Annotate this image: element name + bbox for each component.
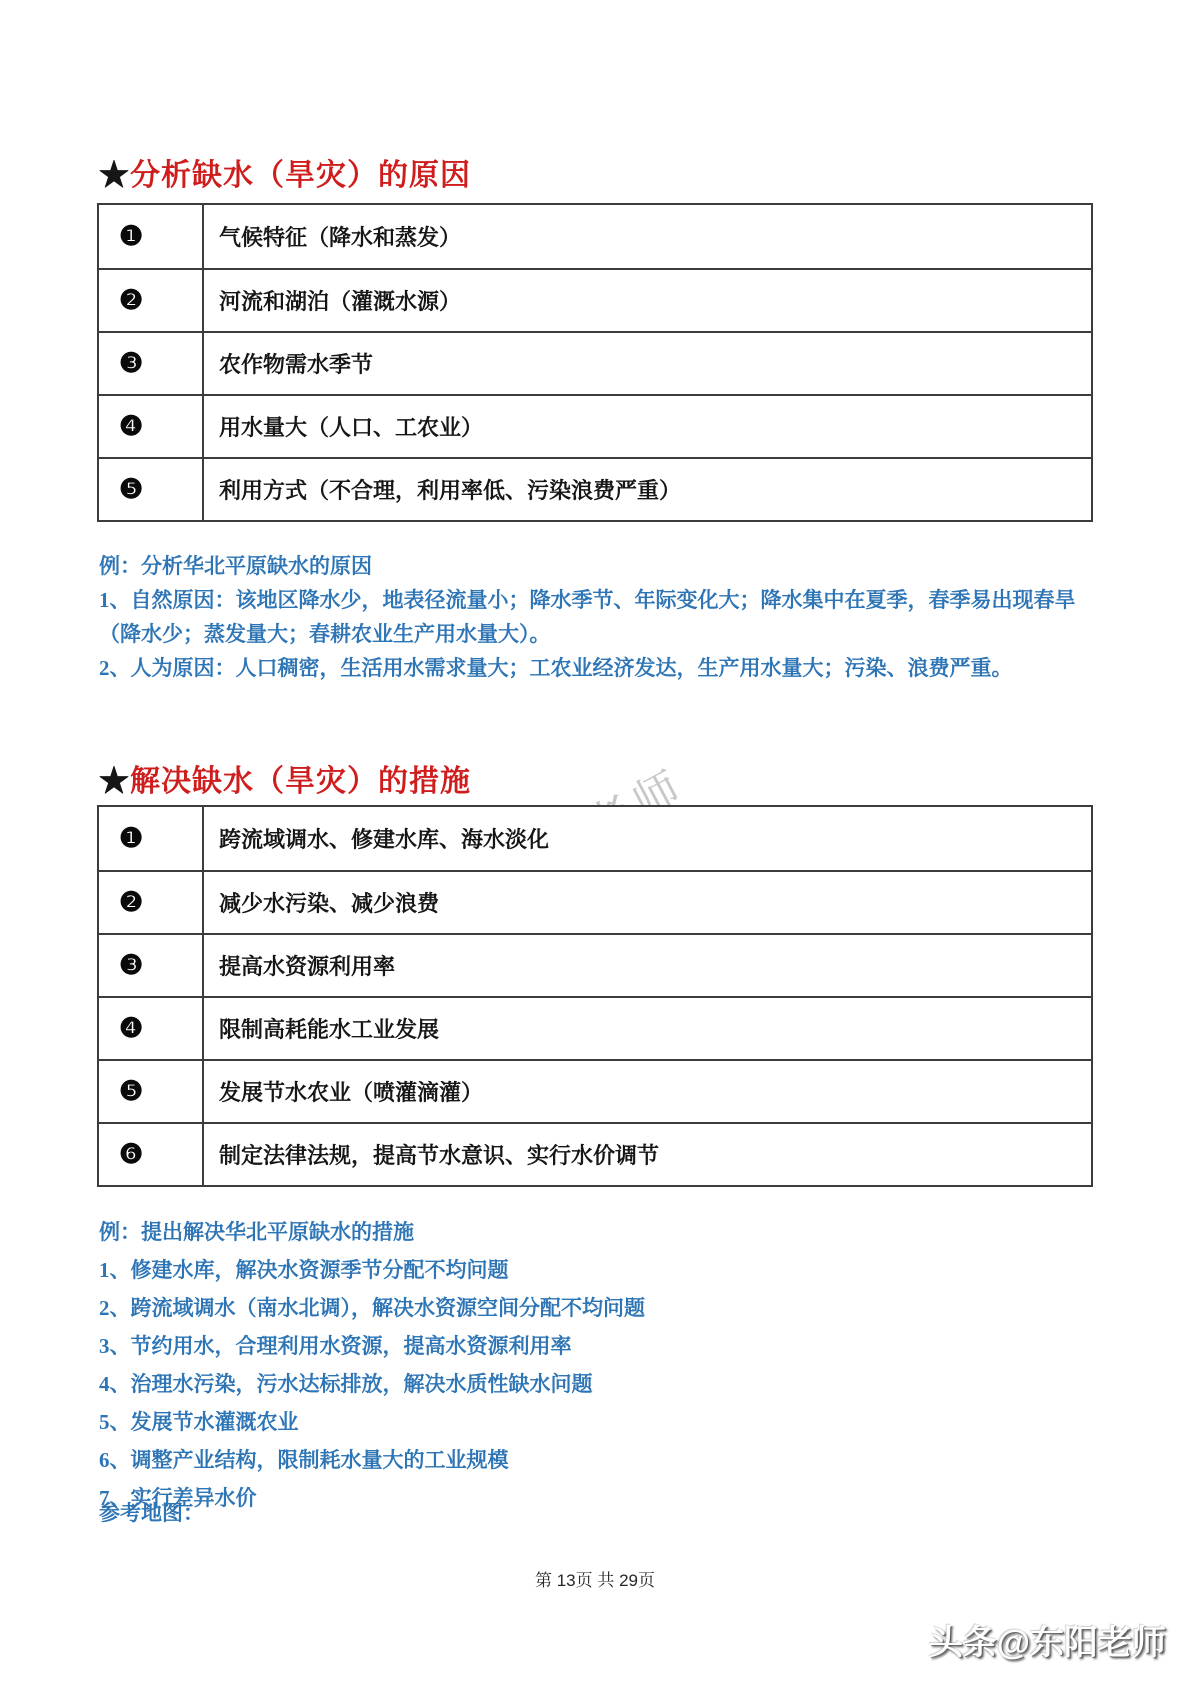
- row-number: ❹: [99, 998, 204, 1059]
- measures-table: ❶ 跨流域调水、修建水库、海水淡化 ❷ 减少水污染、减少浪费 ❸ 提高水资源利用…: [97, 805, 1093, 1187]
- row-number: ❻: [99, 1124, 204, 1185]
- document-page: 东阳老师 ★分析缺水（旱灾）的原因 ❶ 气候特征（降水和蒸发） ❷ 河流和湖泊（…: [0, 0, 1190, 1683]
- row-number: ❶: [99, 807, 204, 870]
- example-line: 例：提出解决华北平原缺水的措施: [99, 1213, 645, 1251]
- row-number: ❶: [99, 205, 204, 268]
- row-text: 提高水资源利用率: [204, 935, 1091, 996]
- row-text: 气候特征（降水和蒸发）: [204, 205, 1091, 268]
- table-row: ❹ 用水量大（人口、工农业）: [99, 394, 1091, 457]
- row-text: 利用方式（不合理，利用率低、污染浪费严重）: [204, 459, 1091, 520]
- row-number: ❸: [99, 333, 204, 394]
- example-block-measures: 例：提出解决华北平原缺水的措施 1、修建水库，解决水资源季节分配不均问题 2、跨…: [99, 1213, 645, 1517]
- table-row: ❷ 河流和湖泊（灌溉水源）: [99, 268, 1091, 331]
- example-line: 2、人为原因：人口稠密，生活用水需求量大；工农业经济发达，生产用水量大；污染、浪…: [99, 651, 1076, 685]
- example-line: （降水少；蒸发量大；春耕农业生产用水量大）。: [99, 617, 1076, 651]
- page-number-footer: 第 13页 共 29页: [0, 1566, 1190, 1591]
- table-row: ❸ 农作物需水季节: [99, 331, 1091, 394]
- example-line: 2、跨流域调水（南水北调），解决水资源空间分配不均问题: [99, 1289, 645, 1327]
- table-row: ❻ 制定法律法规，提高节水意识、实行水价调节: [99, 1122, 1091, 1185]
- row-number: ❺: [99, 459, 204, 520]
- example-line: 5、发展节水灌溉农业: [99, 1403, 645, 1441]
- row-number: ❷: [99, 872, 204, 933]
- row-text: 农作物需水季节: [204, 333, 1091, 394]
- row-text: 减少水污染、减少浪费: [204, 872, 1091, 933]
- table-row: ❺ 利用方式（不合理，利用率低、污染浪费严重）: [99, 457, 1091, 520]
- example-line: 1、自然原因：该地区降水少，地表径流量小；降水季节、年际变化大；降水集中在夏季，…: [99, 583, 1076, 617]
- row-number: ❹: [99, 396, 204, 457]
- table-row: ❶ 跨流域调水、修建水库、海水淡化: [99, 807, 1091, 870]
- example-line: 例：分析华北平原缺水的原因: [99, 549, 1076, 583]
- section2-heading-text: 解决缺水（旱灾）的措施: [130, 765, 471, 798]
- table-row: ❺ 发展节水农业（喷灌滴灌）: [99, 1059, 1091, 1122]
- reference-map-label: 参考地图：: [99, 1497, 204, 1527]
- row-number: ❷: [99, 270, 204, 331]
- example-line: 3、节约用水，合理利用水资源，提高水资源利用率: [99, 1327, 645, 1365]
- table-row: ❶ 气候特征（降水和蒸发）: [99, 205, 1091, 268]
- example-line: 6、调整产业结构，限制耗水量大的工业规模: [99, 1441, 645, 1479]
- table-row: ❹ 限制高耗能水工业发展: [99, 996, 1091, 1059]
- row-text: 河流和湖泊（灌溉水源）: [204, 270, 1091, 331]
- row-text: 限制高耗能水工业发展: [204, 998, 1091, 1059]
- section2-heading: ★解决缺水（旱灾）的措施: [99, 756, 471, 800]
- row-text: 跨流域调水、修建水库、海水淡化: [204, 807, 1091, 870]
- row-number: ❺: [99, 1061, 204, 1122]
- section1-heading-text: 分析缺水（旱灾）的原因: [130, 159, 471, 192]
- row-text: 用水量大（人口、工农业）: [204, 396, 1091, 457]
- row-number: ❸: [99, 935, 204, 996]
- example-line: 1、修建水库，解决水资源季节分配不均问题: [99, 1251, 645, 1289]
- causes-table: ❶ 气候特征（降水和蒸发） ❷ 河流和湖泊（灌溉水源） ❸ 农作物需水季节 ❹ …: [97, 203, 1093, 522]
- table-row: ❷ 减少水污染、减少浪费: [99, 870, 1091, 933]
- section1-heading: ★分析缺水（旱灾）的原因: [99, 150, 471, 194]
- example-block-causes: 例：分析华北平原缺水的原因 1、自然原因：该地区降水少，地表径流量小；降水季节、…: [99, 549, 1076, 685]
- star-icon: ★: [99, 159, 130, 192]
- row-text: 制定法律法规，提高节水意识、实行水价调节: [204, 1124, 1091, 1185]
- example-line: 4、治理水污染，污水达标排放，解决水质性缺水问题: [99, 1365, 645, 1403]
- row-text: 发展节水农业（喷灌滴灌）: [204, 1061, 1091, 1122]
- star-icon: ★: [99, 765, 130, 798]
- corner-watermark: 头条@东阳老师: [929, 1615, 1166, 1664]
- table-row: ❸ 提高水资源利用率: [99, 933, 1091, 996]
